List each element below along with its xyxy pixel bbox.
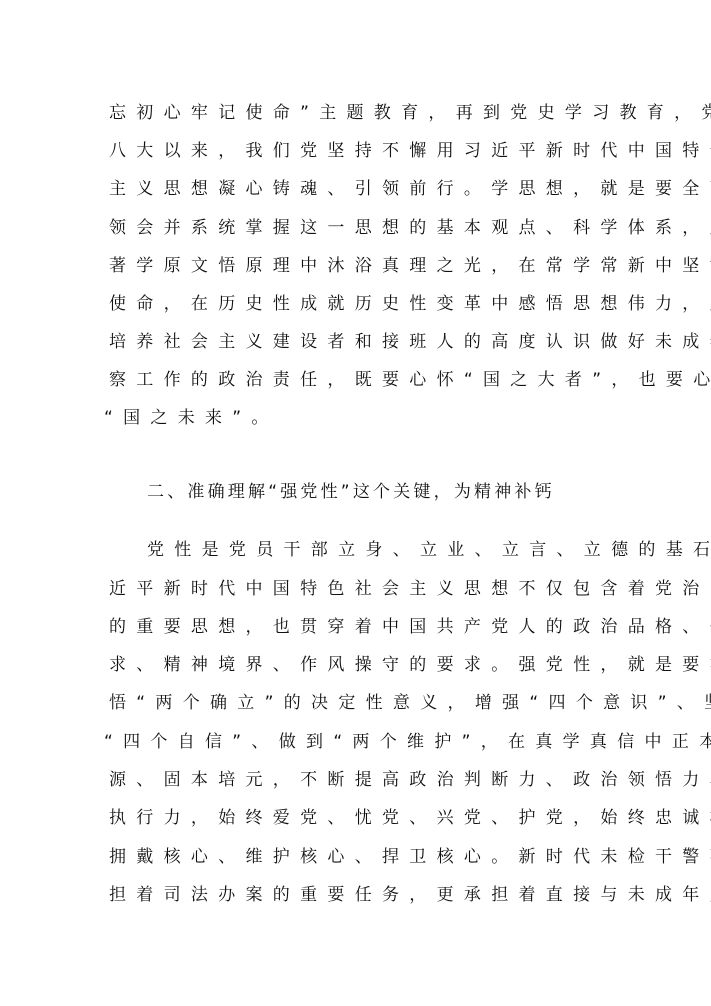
text-line: 察工作的政治责任，既要心怀“国之大者”，也要心系 xyxy=(109,361,609,399)
text-line: 主义思想凝心铸魂、引领前行。学思想，就是要全面学习 xyxy=(109,170,609,208)
text-line: 执行力，始终爱党、忧党、兴党、护党，始终忠诚核心、 xyxy=(109,799,609,837)
text-line: 担着司法办案的重要任务，更承担着直接与未成年人打交 xyxy=(109,876,609,914)
text-line: “国之未来”。 xyxy=(104,399,604,437)
text-line: 的重要思想，也贯穿着中国共产党人的政治品格、价值追 xyxy=(109,608,609,646)
text-line: 使命，在历史性成就历史性变革中感悟思想伟力，从助力 xyxy=(109,285,609,323)
text-line: 拥戴核心、维护核心、捍卫核心。新时代未检干警不仅承 xyxy=(109,838,609,876)
text-line: 著学原文悟原理中沐浴真理之光，在常学常新中坚守初心 xyxy=(109,247,609,285)
text-line: 悟“两个确立”的决定性意义，增强“四个意识”、坚定 xyxy=(109,684,609,722)
text-line: 八大以来，我们党坚持不懈用习近平新时代中国特色社会 xyxy=(109,132,609,170)
document-page: 忘初心牢记使命”主题教育，再到党史学习教育，党的十 八大以来，我们党坚持不懈用习… xyxy=(0,0,711,1006)
text-line: 近平新时代中国特色社会主义思想不仅包含着党治国理政 xyxy=(109,570,609,608)
text-line: 忘初心牢记使命”主题教育，再到党史学习教育，党的十 xyxy=(109,94,609,132)
text-line: 求、精神境界、作风操守的要求。强党性，就是要深刻领 xyxy=(109,646,609,684)
section-heading: 二、准确理解“强党性”这个关键，为精神补钙 xyxy=(147,473,647,511)
text-line: 源、固本培元，不断提高政治判断力、政治领悟力、政治 xyxy=(109,761,609,799)
text-line: 党性是党员干部立身、立业、立言、立德的基石。习 xyxy=(147,531,647,569)
text-line: “四个自信”、做到“两个维护”，在真学真信中正本清 xyxy=(104,723,604,761)
text-line: 领会并系统掌握这一思想的基本观点、科学体系，从读原 xyxy=(109,209,609,247)
text-line: 培养社会主义建设者和接班人的高度认识做好未成年人检 xyxy=(109,323,609,361)
